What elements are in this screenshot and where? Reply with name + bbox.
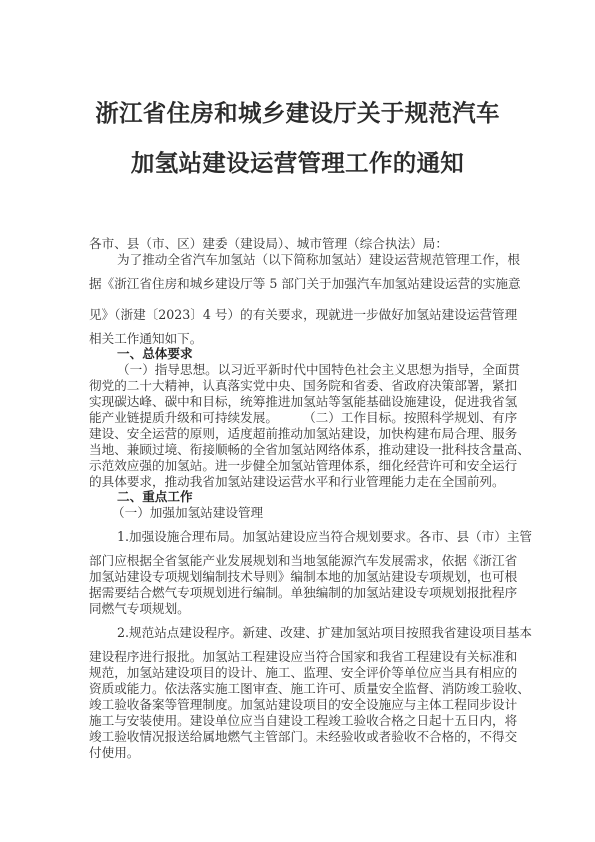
- body-text-line: 为了推动全省汽车加氢站（以下简称加氢站）建设运营规范管理工作，根: [117, 252, 520, 268]
- body-text-line: （一）指导思想。以习近平新时代中国特色社会主义思想为指导，全面贯: [117, 362, 520, 378]
- body-text-line: 能产业链提质升级和可持续发展。 （二）工作目标。按照科学规划、有序: [89, 410, 517, 426]
- body-text-line: 2.规范站点建设程序。新建、改建、扩建加氢站项目按照我省建设项目基本: [117, 625, 532, 641]
- body-text-line: 当地、兼顾过境、衔接顺畅的全省加氢站网络体系，推动建设一批科技含量高、: [89, 442, 530, 458]
- body-text-line: 见》（浙建〔2023〕4 号）的有关要求，现就进一步做好加氢站建设运营管理: [89, 307, 517, 323]
- body-text-line: 竣工验收情况报送给属地燃气主管部门。未经验收或者验收不合格的，不得交: [89, 729, 517, 745]
- body-text-line: 施工与安装使用。建设单位应当自建设工程竣工验收合格之日起十五日内，将: [89, 713, 517, 729]
- body-text-line: 据《浙江省住房和城乡建设厅等 5 部门关于加强汽车加氢站建设运营的实施意: [89, 276, 521, 292]
- body-text-line: 1.加强设施合理布局。加氢站建设应当符合规划要求。各市、县（市）主管: [117, 529, 532, 545]
- body-text-line: 示范效应强的加氢站。进一步健全加氢站管理体系，细化经营许可和安全运行: [89, 458, 517, 474]
- body-text-line: 实现碳达峰、碳中和目标，统筹推进加氢站等氢能基础设施建设，促进我省氢: [89, 394, 517, 410]
- body-text-line: 同燃气专项规划。: [89, 601, 190, 617]
- document-title-line-1: 浙江省住房和城乡建设厅关于规范汽车: [0, 94, 595, 128]
- body-text-line: 资质或能力。依法落实施工图审查、施工许可、质量安全监督、消防竣工验收、: [89, 681, 530, 697]
- body-text-line: 各市、县（市、区）建委（建设局）、城市管理（综合执法）局：: [89, 236, 448, 252]
- body-text-line: 彻党的二十大精神，认真落实党中央、国务院和省委、省政府决策部署，紧扣: [89, 378, 517, 394]
- section-heading: 二、重点工作: [117, 489, 193, 505]
- body-text-line: 据需要结合燃气专项规划进行编制。单独编制的加氢站建设专项规划报批程序: [89, 585, 517, 601]
- body-text-line: 相关工作通知如下。: [89, 331, 202, 347]
- body-text-line: 竣工验收备案等管理制度。加氢站建设项目的安全设施应与主体工程同步设计: [89, 697, 517, 713]
- body-text-line: 规范，加氢站建设项目的设计、施工、监理、安全评价等单位应当具有相应的: [89, 665, 517, 681]
- body-text-line: 付使用。: [89, 745, 139, 761]
- body-text-line: 建设程序进行报批。加氢站工程建设应当符合国家和我省工程建设有关标准和: [89, 649, 517, 665]
- section-heading: 一、总体要求: [117, 346, 193, 362]
- body-text-line: （一）加强加氢站建设管理: [112, 505, 263, 521]
- document-title-line-2: 加氢站建设运营管理工作的通知: [0, 144, 595, 178]
- body-text-line: 加氢站建设专项规划编制技术导则》编制本地的加氢站建设专项规划，也可根: [89, 569, 517, 585]
- body-text-line: 部门应根据全省氢能产业发展规划和当地氢能源汽车发展需求，依据《浙江省: [89, 553, 517, 569]
- body-text-line: 建设、安全运营的原则，适度超前推动加氢站建设，加快构建布局合理、服务: [89, 426, 517, 442]
- body-text-line: 的具体要求，推动我省加氢站建设运营水平和行业管理能力走在全国前列。: [89, 474, 505, 490]
